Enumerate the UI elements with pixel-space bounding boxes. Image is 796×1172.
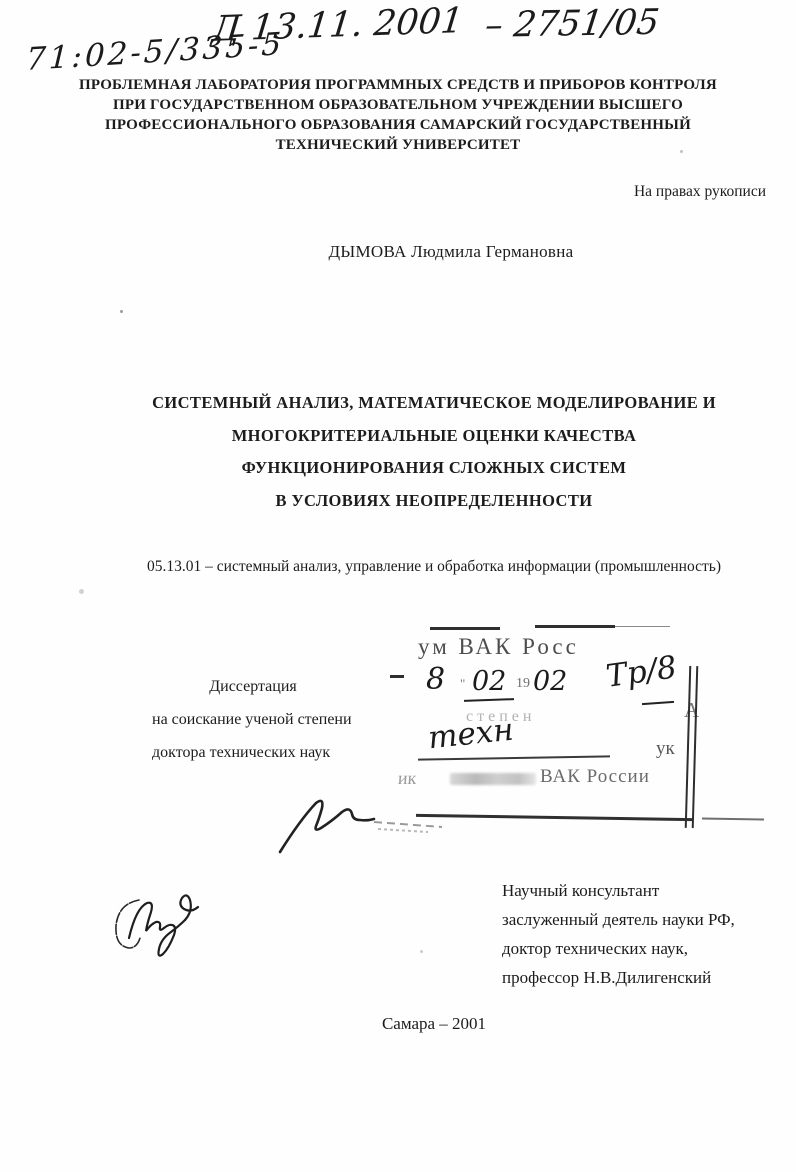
stamp-quote-mark: " — [460, 676, 465, 692]
author-signature — [103, 880, 215, 966]
stamp-border-fragment — [535, 625, 615, 628]
stamp-fragment-vak-russia: ВАК России — [540, 766, 650, 788]
author-name: ДЫМОВА Людмила Германовна — [106, 242, 796, 262]
dissertation-line: Диссертация — [152, 670, 354, 703]
stamp-handwritten-day: 8 — [426, 662, 445, 697]
stamp-handwritten-month: 02 — [472, 666, 506, 697]
scan-noise — [120, 310, 123, 313]
stamp-bottom-border — [416, 814, 692, 821]
stamp-underline-long — [418, 755, 610, 760]
title-line: СИСТЕМНЫЙ АНАЛИЗ, МАТЕМАТИЧЕСКОЕ МОДЕЛИР… — [72, 387, 796, 420]
stamp-header-text: ум ВАК Росс — [418, 634, 579, 660]
consultant-line: заслуженный деятель науки РФ, — [502, 905, 735, 934]
stamp-handwritten-degree: техн — [426, 712, 515, 757]
dissertation-title: СИСТЕМНЫЙ АНАЛИЗ, МАТЕМАТИЧЕСКОЕ МОДЕЛИР… — [72, 387, 796, 517]
stamp-fragment-nauk: ук — [656, 738, 675, 760]
city-year-line: Самара – 2001 — [72, 1014, 796, 1034]
institution-line: ПРОБЛЕМНАЯ ЛАБОРАТОРИЯ ПРОГРАММНЫХ СРЕДС… — [0, 75, 796, 95]
stamp-handwritten-year: 02 — [533, 666, 567, 697]
dissertation-line: доктора технических наук — [152, 736, 354, 769]
institution-line: ПРИ ГОСУДАРСТВЕННОМ ОБРАЗОВАТЕЛЬНОМ УЧРЕ… — [0, 95, 796, 115]
stamp-underline — [642, 701, 674, 705]
consultant-line: профессор Н.В.Дилигенский — [502, 963, 735, 992]
dissertation-degree-block: Диссертация на соискание ученой степени … — [152, 670, 354, 769]
stamp-right-border — [685, 666, 699, 828]
stamp-fragment-ik: ик — [397, 768, 417, 789]
consultant-block: Научный консультант заслуженный деятель … — [502, 876, 735, 992]
title-line: В УСЛОВИЯХ НЕОПРЕДЕЛЕННОСТИ — [72, 485, 796, 518]
stamp-faded-smear — [450, 773, 536, 785]
stamp-underline — [464, 698, 514, 702]
stamp-border-fragment — [615, 626, 670, 627]
stamp-border-fragment — [430, 627, 500, 630]
title-line: ФУНКЦИОНИРОВАНИЯ СЛОЖНЫХ СИСТЕМ — [72, 452, 796, 485]
accession-number: – 2751/05 — [483, 3, 661, 46]
institution-header: ПРОБЛЕМНАЯ ЛАБОРАТОРИЯ ПРОГРАММНЫХ СРЕДС… — [0, 75, 796, 155]
consultant-line: Научный консультант — [502, 876, 735, 905]
institution-line: ПРОФЕССИОНАЛЬНОГО ОБРАЗОВАНИЯ САМАРСКИЙ … — [0, 115, 796, 135]
pen-paraph-squiggle — [272, 792, 454, 860]
dissertation-line: на соискание ученой степени — [152, 703, 354, 736]
handwritten-catalog-number: 71:02-5/335-5 — [25, 26, 284, 78]
scanned-title-page: Д 13.11. 2001 – 2751/05 71:02-5/335-5 ПР… — [0, 0, 796, 1172]
manuscript-rights-note: На правах рукописи — [634, 183, 766, 201]
consultant-line: доктор технических наук, — [502, 934, 735, 963]
stamp-border-fragment — [390, 675, 404, 678]
title-line: МНОГОКРИТЕРИАЛЬНЫЕ ОЦЕНКИ КАЧЕСТВА — [72, 420, 796, 453]
stamp-handwritten-paraph: Тр/8 — [604, 649, 679, 694]
specialty-code-line: 05.13.01 – системный анализ, управление … — [72, 558, 796, 576]
stamp-line-extension — [702, 817, 764, 820]
stamp-printed-year-prefix: 19 — [516, 676, 530, 692]
institution-line: ТЕХНИЧЕСКИЙ УНИВЕРСИТЕТ — [0, 135, 796, 155]
